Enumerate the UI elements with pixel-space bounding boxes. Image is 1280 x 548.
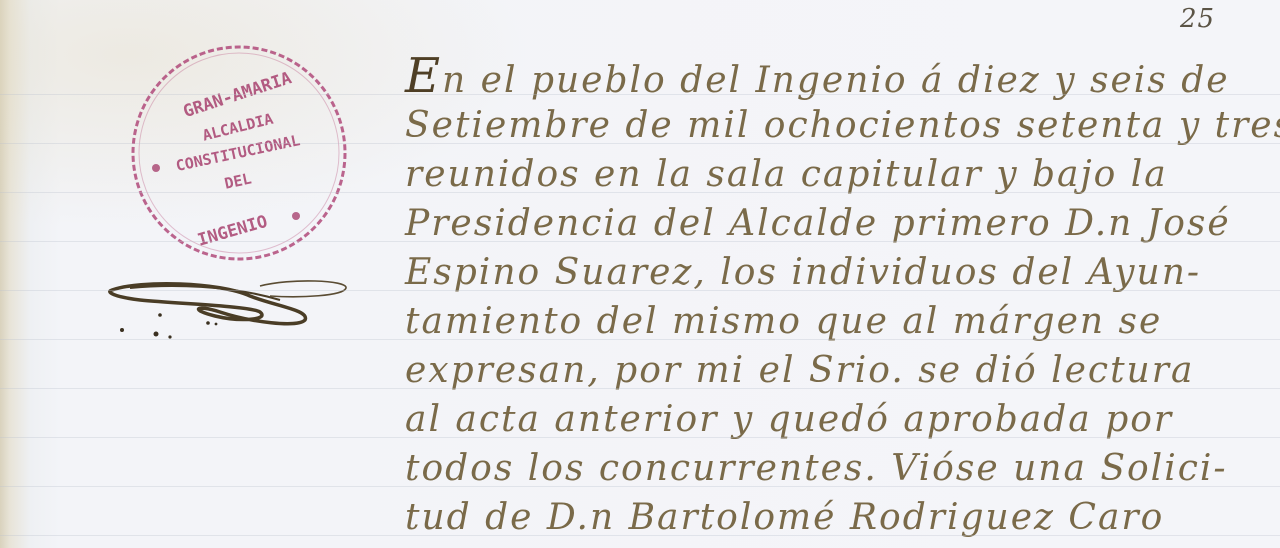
municipal-seal-stamp-icon: GRAN-AMARIA ALCALDIA CONSTITUCIONAL DEL … — [126, 40, 352, 266]
manuscript-line-1: En el pueblo del Ingenio á diez y seis d… — [405, 52, 1280, 101]
stamp-line-1: GRAN-AMARIA — [181, 68, 294, 122]
decorated-initial: E — [405, 48, 442, 104]
manuscript-page: 25 GRAN-AMARIA ALCALDIA CONSTITUCIONAL D… — [0, 0, 1280, 548]
manuscript-line-6: tamiento del mismo que al márgen se — [405, 297, 1280, 346]
manuscript-line-2: Setiembre de mil ochocientos setenta y t… — [405, 101, 1280, 150]
folio-number: 25 — [1180, 4, 1215, 34]
signature-rubric-icon — [100, 270, 360, 350]
stamp-line-3: CONSTITUCIONAL — [174, 131, 301, 175]
manuscript-line-8: al acta anterior y quedó aprobada por — [405, 395, 1280, 444]
manuscript-line-7: expresan, por mi el Srio. se dió lectura — [405, 346, 1280, 395]
manuscript-line-5: Espino Suarez, los individuos del Ayun- — [405, 248, 1280, 297]
stamp-line-5: INGENIO — [195, 212, 269, 251]
handwritten-text-block: En el pueblo del Ingenio á diez y seis d… — [405, 52, 1280, 542]
stamp-line-4: DEL — [223, 169, 253, 192]
manuscript-line-3: reunidos en la sala capitular y bajo la — [405, 150, 1280, 199]
manuscript-line-9: todos los concurrentes. Vióse una Solici… — [405, 444, 1280, 493]
manuscript-line-4: Presidencia del Alcalde primero D.n José — [405, 199, 1280, 248]
manuscript-line-10: tud de D.n Bartolomé Rodriguez Caro — [405, 493, 1280, 542]
